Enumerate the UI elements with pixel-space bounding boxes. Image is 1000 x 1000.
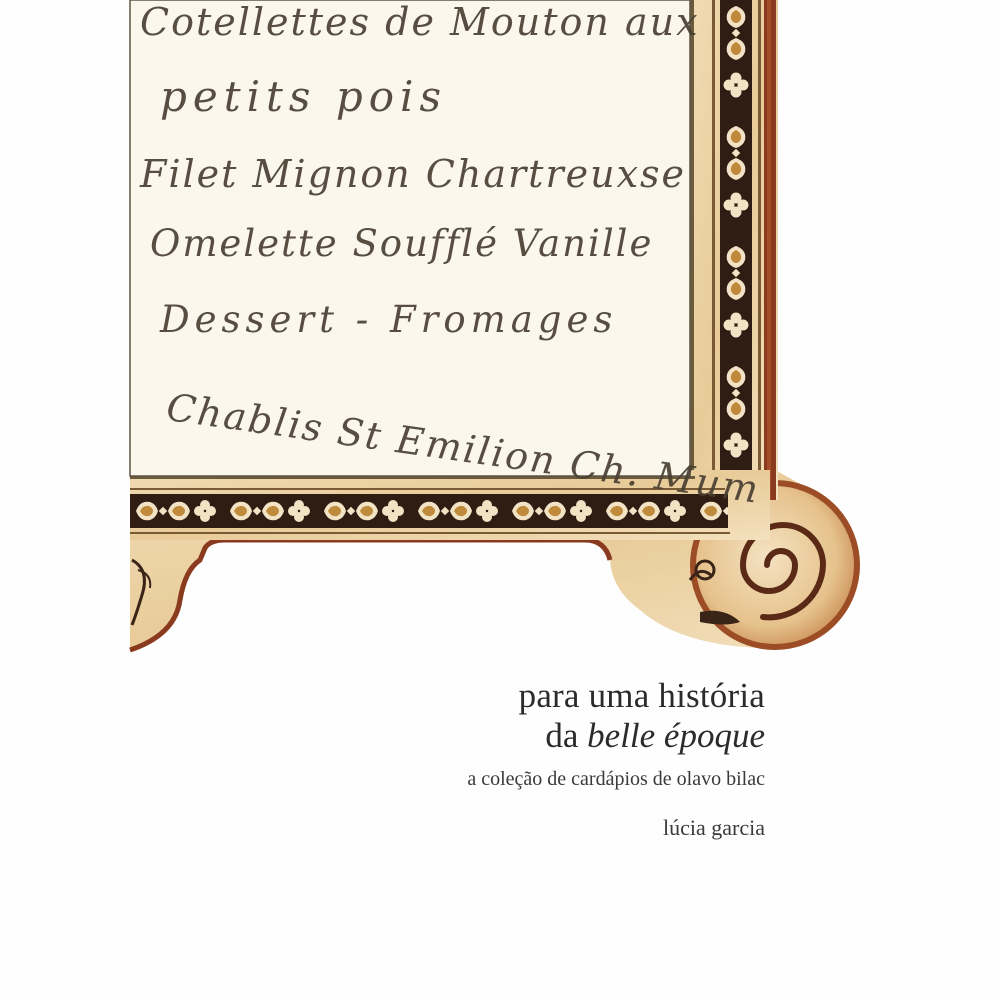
ornamental-menu-frame-illustration (0, 0, 1000, 660)
book-title-prefix: da (545, 716, 587, 755)
cover-text-block: para uma história da belle époque a cole… (467, 676, 765, 842)
book-title-italic: belle époque (587, 716, 765, 755)
book-author: lúcia garcia (467, 814, 765, 842)
book-title-line-1: para uma história (467, 676, 765, 716)
book-subtitle: a coleção de cardápios de olavo bilac (467, 766, 765, 792)
book-title-line-2: da belle époque (467, 716, 765, 756)
book-cover: Cotellettes de Mouton aux petits pois Fi… (0, 0, 1000, 1000)
